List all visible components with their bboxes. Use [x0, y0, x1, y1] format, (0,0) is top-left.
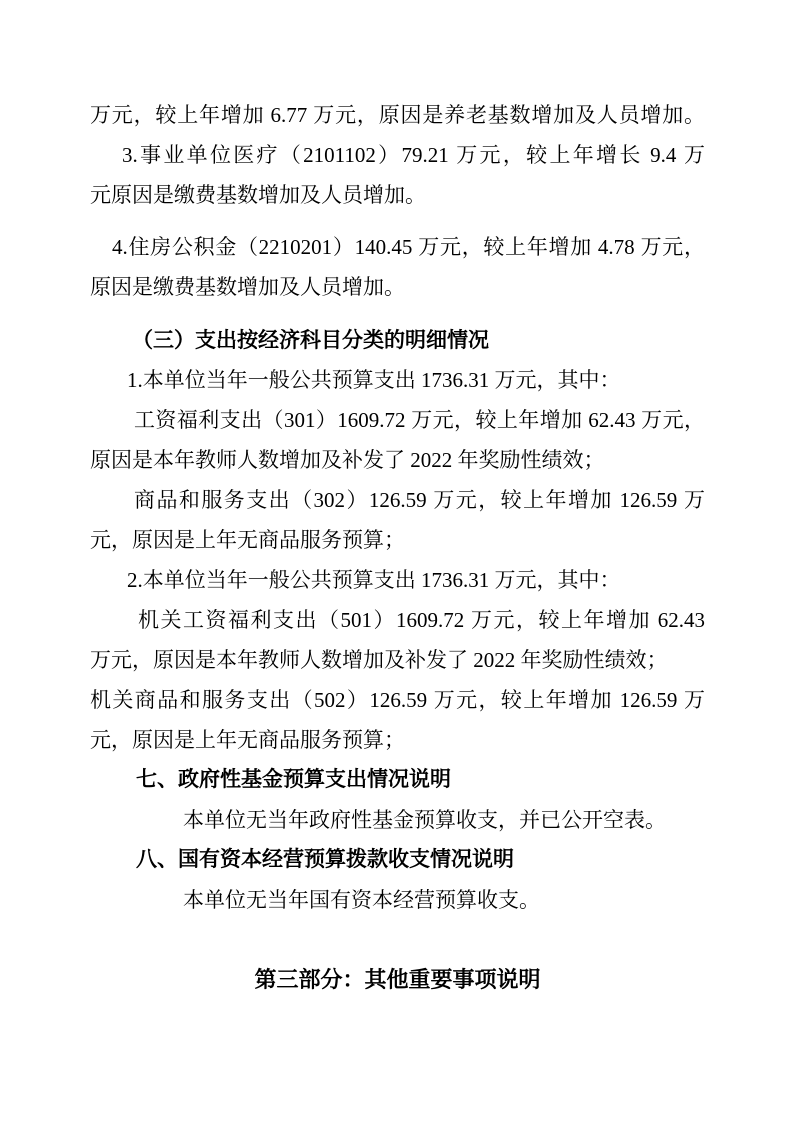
item-1-general-budget-expenditure: 1.本单位当年一般公共预算支出 1736.31 万元，其中：: [90, 360, 705, 400]
para-goods-services-302-line-2: 元，原因是上年无商品服务预算；: [90, 520, 705, 560]
document-body: 万元，较上年增加 6.77 万元，原因是养老基数增加及人员增加。 3.事业单位医…: [90, 95, 705, 1000]
para-salary-welfare-301-line-2: 原因是本年教师人数增加及补发了 2022 年奖励性绩效；: [90, 440, 705, 480]
para-state-capital-note: 本单位无当年国有资本经营预算收支。: [90, 880, 705, 920]
para-org-salary-welfare-501-line-2: 万元，原因是本年教师人数增加及补发了 2022 年奖励性绩效；: [90, 640, 705, 680]
para-goods-services-302-line-1: 商品和服务支出（302）126.59 万元，较上年增加 126.59 万: [90, 480, 705, 520]
item-2-general-budget-expenditure: 2.本单位当年一般公共预算支出 1736.31 万元，其中：: [90, 560, 705, 600]
para-org-goods-services-502-line-1: 机关商品和服务支出（502）126.59 万元，较上年增加 126.59 万: [90, 680, 705, 720]
item-3-medical-insurance-line-2: 元原因是缴费基数增加及人员增加。: [90, 175, 705, 215]
para-gov-fund-note: 本单位无当年政府性基金预算收支，并已公开空表。: [90, 800, 705, 840]
heading-state-capital-budget: 八、国有资本经营预算拨款收支情况说明: [90, 840, 705, 880]
para-salary-welfare-301-line-1: 工资福利支出（301）1609.72 万元，较上年增加 62.43 万元，: [90, 400, 705, 440]
para-org-salary-welfare-501-line-1: 机关工资福利支出（501）1609.72 万元，较上年增加 62.43: [90, 600, 705, 640]
item-3-medical-insurance-line-1: 3.事业单位医疗（2101102）79.21 万元，较上年增长 9.4 万: [90, 135, 705, 175]
heading-expenditure-by-economic-category: （三）支出按经济科目分类的明细情况: [90, 320, 705, 360]
item-4-housing-fund-line-1: 4.住房公积金（2210201）140.45 万元，较上年增加 4.78 万元，: [90, 227, 705, 267]
item-4-housing-fund-line-2: 原因是缴费基数增加及人员增加。: [90, 267, 705, 307]
heading-gov-fund-budget-expenditure: 七、政府性基金预算支出情况说明: [90, 760, 705, 800]
para-org-goods-services-502-line-2: 元，原因是上年无商品服务预算；: [90, 720, 705, 760]
document-page: 万元，较上年增加 6.77 万元，原因是养老基数增加及人员增加。 3.事业单位医…: [0, 0, 793, 1122]
para-pension-continuation-line: 万元，较上年增加 6.77 万元，原因是养老基数增加及人员增加。: [90, 95, 705, 135]
heading-part-three-other-important-matters: 第三部分：其他重要事项说明: [90, 960, 705, 1000]
